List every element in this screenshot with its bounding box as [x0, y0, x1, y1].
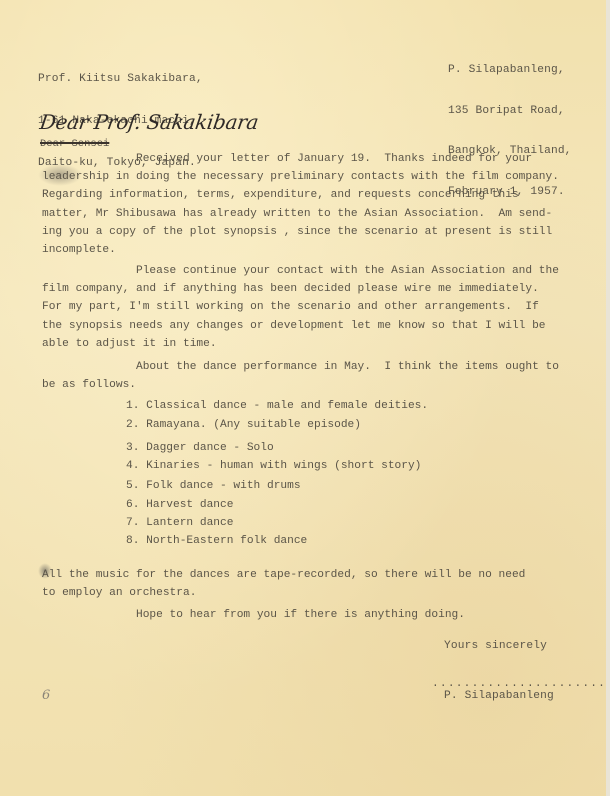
letter-page: Prof. Kiitsu Sakakibara, 1-61 Naka-okach… — [0, 0, 610, 796]
recipient-address-line: Prof. Kiitsu Sakakibara, — [38, 72, 203, 86]
text-line: Hope to hear from you if there is anythi… — [42, 606, 582, 624]
closing: Yours sincerely — [444, 640, 547, 652]
pencil-mark: 6 — [42, 688, 50, 703]
text-line: Received your letter of January 19. Than… — [42, 150, 582, 168]
paragraph-dance: About the dance performance in May. I th… — [42, 358, 582, 394]
list-item: 8. North-Eastern folk dance — [126, 535, 307, 547]
text-line: Please continue your contact with the As… — [42, 262, 582, 280]
list-item: 4. Kinaries - human with wings (short st… — [126, 460, 421, 472]
text-line: be as follows. — [42, 376, 582, 394]
signature-line: ...................... — [432, 678, 606, 690]
signature-name: P. Silapabanleng — [444, 690, 554, 702]
paragraph-received: Received your letter of January 19. Than… — [42, 150, 582, 259]
text-line: For my part, I'm still working on the sc… — [42, 298, 582, 316]
paragraph-hope: Hope to hear from you if there is anythi… — [42, 606, 582, 624]
text-line: able to adjust it in time. — [42, 335, 582, 353]
text-line: film company, and if anything has been d… — [42, 280, 582, 298]
list-item: 5. Folk dance - with drums — [126, 480, 301, 492]
list-item: 2. Ramayana. (Any suitable episode) — [126, 419, 361, 431]
list-item: 6. Harvest dance — [126, 499, 233, 511]
paragraph-music: All the music for the dances are tape-re… — [42, 566, 582, 602]
paragraph-continue: Please continue your contact with the As… — [42, 262, 582, 353]
list-item: 3. Dagger dance - Solo — [126, 442, 274, 454]
sender-address-line: 135 Boripat Road, — [448, 105, 572, 119]
list-item: 1. Classical dance - male and female dei… — [126, 400, 428, 412]
text-line: the synopsis needs any changes or develo… — [42, 317, 582, 335]
text-line: incomplete. — [42, 241, 582, 259]
text-line: Regarding information, terms, expenditur… — [42, 186, 582, 204]
text-line: leadership in doing the necessary prelim… — [42, 168, 582, 186]
page-edge — [606, 0, 610, 796]
handwritten-salutation: Dear Prof. Sakakibara — [38, 110, 260, 134]
sender-address-line: P. Silapabanleng, — [448, 64, 572, 78]
text-line: ing you a copy of the plot synopsis , si… — [42, 223, 582, 241]
text-line: About the dance performance in May. I th… — [42, 358, 582, 376]
text-line: to employ an orchestra. — [42, 584, 582, 602]
struck-salutation: Dear Sensei — [40, 138, 109, 150]
list-item: 7. Lantern dance — [126, 517, 233, 529]
text-line: matter, Mr Shibusawa has already written… — [42, 205, 582, 223]
text-line: All the music for the dances are tape-re… — [42, 566, 582, 584]
